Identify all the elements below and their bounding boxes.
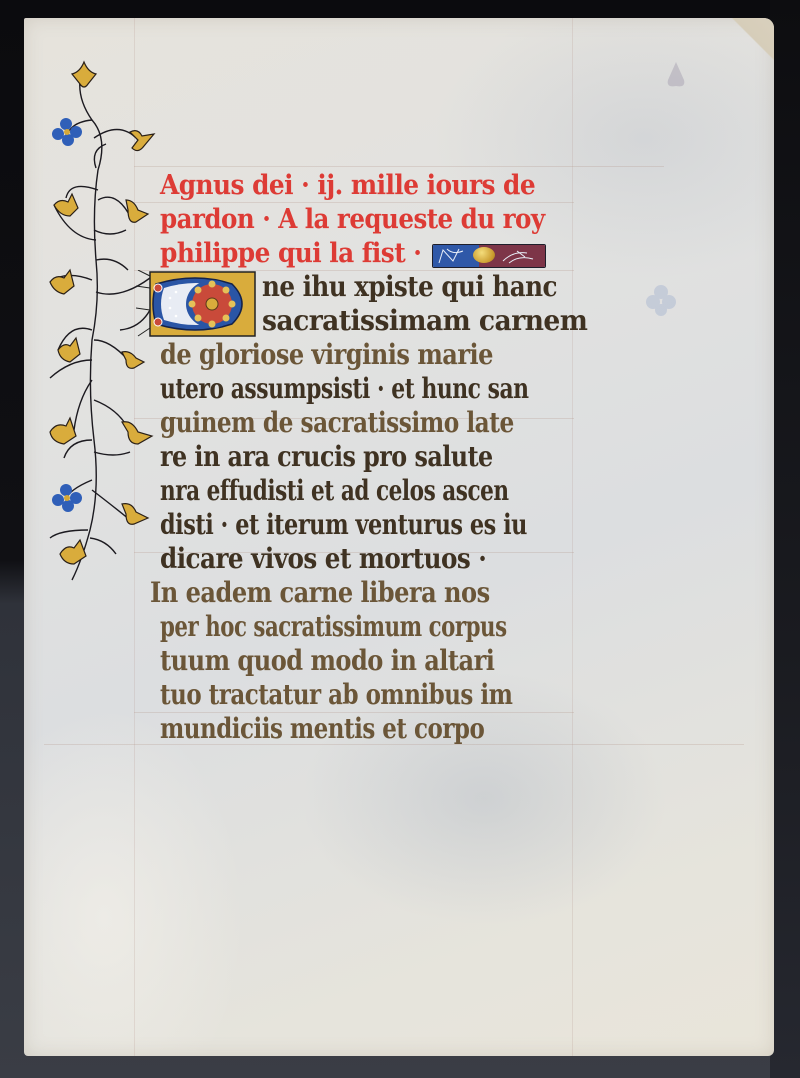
text-line-5: guinem de sacratissimo late bbox=[160, 406, 514, 439]
text-line-7: nra effudisti et ad celos ascen bbox=[160, 474, 509, 507]
text-line-8: disti · et iterum venturus es iu bbox=[160, 508, 527, 541]
gold-leaf bbox=[130, 131, 154, 151]
text-line-12: tuum quod modo in altari bbox=[160, 644, 494, 677]
gold-leaf bbox=[126, 200, 148, 222]
text-line-9: dicare vivos et mortuos · bbox=[160, 542, 486, 575]
line-filler-pattern bbox=[433, 245, 545, 267]
text-line-4: utero assumpsisti · et hunc san bbox=[160, 372, 529, 405]
text-line-11: per hoc sacratissimum corpus bbox=[160, 610, 507, 643]
text-line-2: sacratissimam carnem bbox=[262, 304, 587, 337]
text-line-10: In eadem carne libera nos bbox=[150, 576, 490, 609]
text-line-14: mundiciis mentis et corpo bbox=[160, 712, 484, 745]
background-right bbox=[770, 0, 800, 1078]
ruling-top bbox=[134, 166, 664, 167]
showthrough-flower bbox=[644, 283, 678, 317]
ruling-line bbox=[134, 202, 574, 203]
text-line-1: ne ihu xpiste qui hanc bbox=[262, 270, 557, 303]
text-line-3: de gloriose virginis marie bbox=[160, 338, 493, 371]
gold-leaf bbox=[122, 352, 144, 369]
text-line-13: tuo tractatur ab omnibus im bbox=[160, 678, 512, 711]
gold-leaf bbox=[58, 338, 80, 362]
gold-leaf bbox=[50, 418, 76, 444]
gold-leaf bbox=[60, 540, 86, 564]
ruling-vertical-right bbox=[572, 18, 573, 1056]
gold-leaf bbox=[122, 422, 152, 444]
gold-leaf bbox=[50, 270, 74, 294]
text-line-6: re in ara crucis pro salute bbox=[160, 440, 493, 473]
blue-flower-top bbox=[52, 118, 82, 146]
rubric-line-1: Agnus dei · ij. mille iours de bbox=[160, 170, 535, 201]
rubric-line-3: philippe qui la fist · bbox=[160, 238, 421, 269]
showthrough-leaf bbox=[656, 58, 696, 98]
illuminated-initial-d bbox=[136, 270, 257, 338]
blue-flower-bottom bbox=[52, 484, 82, 512]
folded-corner bbox=[732, 18, 774, 60]
line-filler bbox=[432, 244, 546, 268]
gold-leaf bbox=[72, 62, 96, 87]
rubric-line-2: pardon · A la requeste du roy bbox=[160, 204, 545, 235]
gold-leaf bbox=[122, 504, 148, 525]
